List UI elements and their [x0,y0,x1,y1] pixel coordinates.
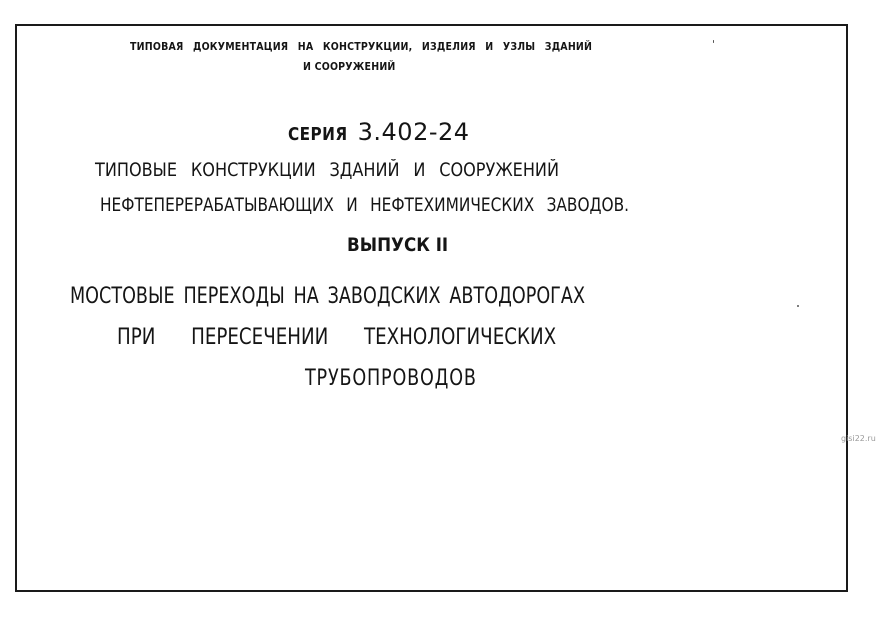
series-heading: СЕРИЯ 3.402-24 [288,118,470,146]
issue-number: ВЫПУСК II [347,234,448,256]
subtitle-line-2: НЕФТЕПЕРЕРАБАТЫВАЮЩИХ И НЕФТЕХИМИЧЕСКИХ … [100,195,629,216]
header-line-2: И СООРУЖЕНИЙ [303,61,396,73]
main-title-line-3: ТРУБОПРОВОДОВ [305,366,477,391]
header-line-1: ТИПОВАЯ ДОКУМЕНТАЦИЯ НА КОНСТРУКЦИИ, ИЗД… [130,41,592,53]
main-title-line-2: ПРИ ПЕРЕСЕЧЕНИИ ТЕХНОЛОГИЧЕСКИХ [117,325,556,350]
series-label: СЕРИЯ [288,124,348,145]
subtitle-line-1: ТИПОВЫЕ КОНСТРУКЦИИ ЗДАНИЙ И СООРУЖЕНИЙ [95,160,559,181]
main-title-line-1: МОСТОВЫЕ ПЕРЕХОДЫ НА ЗАВОДСКИХ АВТОДОРОГ… [70,284,585,309]
scan-speck [713,40,714,43]
scan-speck [797,305,799,307]
watermark: gisi22.ru [841,434,876,443]
series-number: 3.402-24 [358,118,470,146]
